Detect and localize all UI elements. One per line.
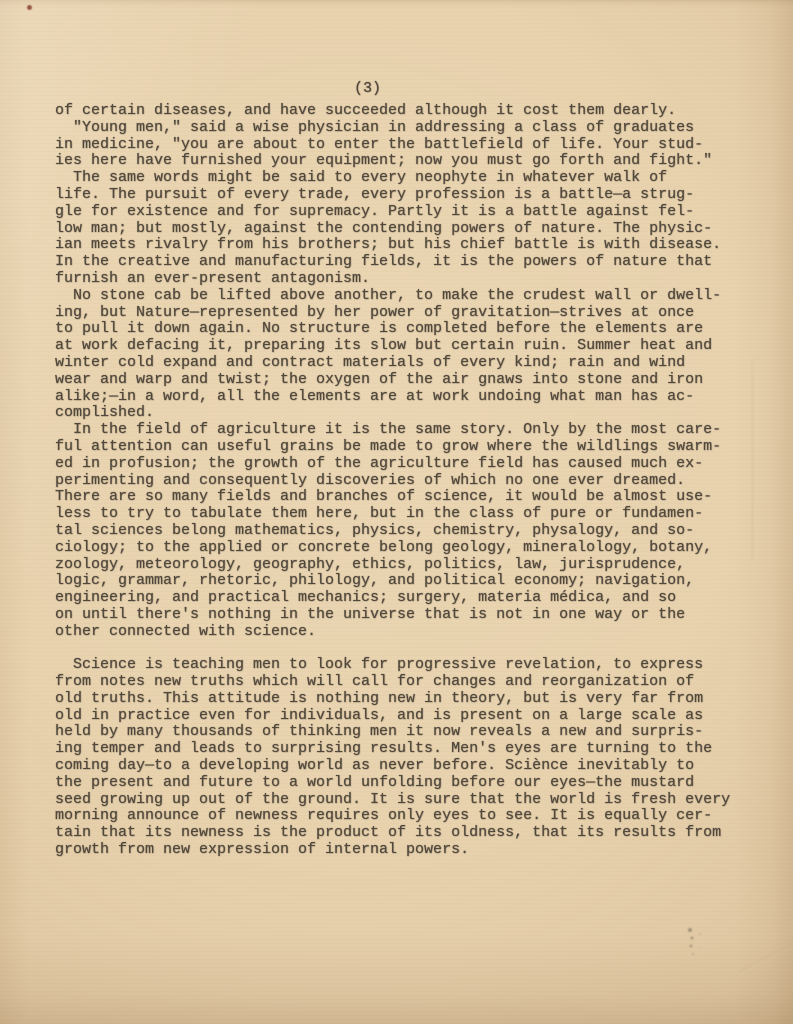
document-page: (3) of certain diseases, and have succee… [0, 0, 793, 1024]
page-number: (3) [354, 80, 381, 97]
ink-speck [27, 5, 32, 10]
typewritten-text: of certain diseases, and have succeeded … [55, 103, 730, 859]
paper-crease [738, 939, 793, 975]
ink-smudge [688, 928, 692, 932]
paper-crease [752, 360, 755, 560]
